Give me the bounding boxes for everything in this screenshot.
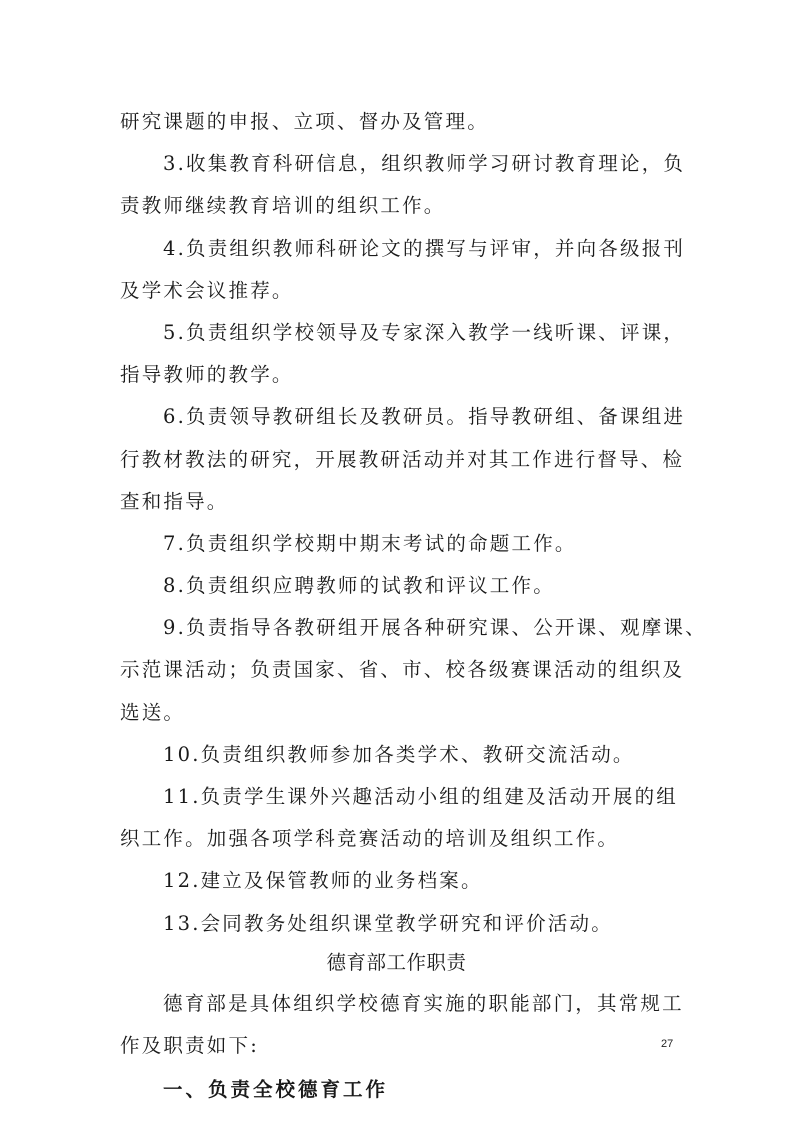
text-line: 选送。: [120, 692, 673, 734]
text-line: 行教材教法的研究，开展教研活动并对其工作进行督导、检: [120, 439, 673, 481]
list-item-7: 7.负责组织学校期中期末考试的命题工作。: [120, 523, 673, 565]
list-item-6: 6.负责领导教研组长及教研员。指导教研组、备课组进: [120, 396, 673, 438]
page-content: 研究课题的申报、立项、督办及管理。 3.收集教育科研信息，组织教师学习研讨教育理…: [120, 101, 673, 1113]
list-item-8: 8.负责组织应聘教师的试教和评议工作。: [120, 565, 673, 607]
page-number: 27: [661, 1038, 673, 1050]
section-title: 德育部工作职责: [120, 943, 673, 983]
intro-paragraph-line: 德育部是具体组织学校德育实施的职能部门，其常规工: [120, 983, 673, 1025]
text-line: 示范课活动；负责国家、省、市、校各级赛课活动的组织及: [120, 649, 673, 691]
intro-paragraph-line: 作及职责如下:: [120, 1025, 673, 1067]
text-line: 及学术会议推荐。: [120, 270, 673, 312]
list-item-11: 11.负责学生课外兴趣活动小组的组建及活动开展的组: [120, 776, 673, 818]
list-item-10: 10.负责组织教师参加各类学术、教研交流活动。: [120, 734, 673, 776]
list-item-4: 4.负责组织教师科研论文的撰写与评审，并向各级报刊: [120, 228, 673, 270]
list-item-9: 9.负责指导各教研组开展各种研究课、公开课、观摩课、: [120, 607, 673, 649]
list-item-3: 3.收集教育科研信息，组织教师学习研讨教育理论，负: [120, 143, 673, 185]
subsection-heading: 一、负责全校德育工作: [120, 1067, 673, 1113]
document-page: 研究课题的申报、立项、督办及管理。 3.收集教育科研信息，组织教师学习研讨教育理…: [0, 0, 793, 1122]
list-item-12: 12.建立及保管教师的业务档案。: [120, 860, 673, 902]
text-line: 查和指导。: [120, 481, 673, 523]
text-line: 指导教师的教学。: [120, 354, 673, 396]
list-item-13: 13.会同教务处组织课堂教学研究和评价活动。: [120, 903, 673, 945]
text-line: 研究课题的申报、立项、督办及管理。: [120, 101, 673, 143]
text-line: 织工作。加强各项学科竞赛活动的培训及组织工作。: [120, 818, 673, 860]
text-line: 责教师继续教育培训的组织工作。: [120, 185, 673, 227]
list-item-5: 5.负责组织学校领导及专家深入教学一线听课、评课，: [120, 312, 673, 354]
